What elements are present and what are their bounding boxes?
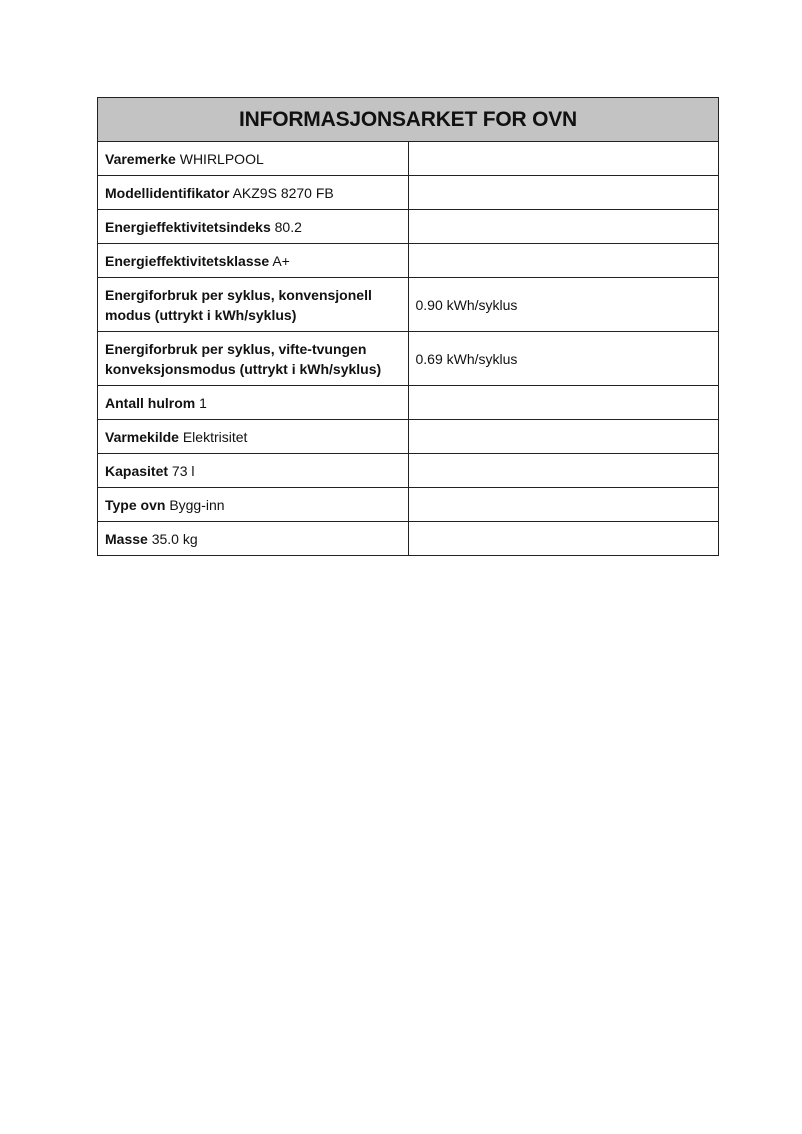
table-row-efficiency-index: Energieffektivitetsindeks 80.2 xyxy=(98,210,719,244)
heat-source-right-cell xyxy=(408,420,719,454)
table-row-cavities: Antall hulrom 1 xyxy=(98,386,719,420)
brand-value: WHIRLPOOL xyxy=(180,151,264,167)
model-cell: Modellidentifikator AKZ9S 8270 FB xyxy=(98,176,409,210)
mass-cell: Masse 35.0 kg xyxy=(98,522,409,556)
capacity-cell: Kapasitet 73 l xyxy=(98,454,409,488)
brand-cell: Varemerke WHIRLPOOL xyxy=(98,142,409,176)
brand-right-cell xyxy=(408,142,719,176)
conventional-consumption-value: 0.90 kWh/syklus xyxy=(408,278,719,332)
table-row-mass: Masse 35.0 kg xyxy=(98,522,719,556)
efficiency-index-right-cell xyxy=(408,210,719,244)
oven-information-sheet-table: INFORMASJONSARKET FOR OVN Varemerke WHIR… xyxy=(97,97,719,556)
conventional-consumption-cell: Energiforbruk per syklus, konvensjonell … xyxy=(98,278,409,332)
heat-source-value: Elektrisitet xyxy=(183,429,248,445)
table-row-conventional-consumption: Energiforbruk per syklus, konvensjonell … xyxy=(98,278,719,332)
conventional-consumption-label: Energiforbruk per syklus, konvensjonell … xyxy=(105,287,372,323)
fan-forced-consumption-cell: Energiforbruk per syklus, vifte-tvungen … xyxy=(98,332,409,386)
oven-type-label: Type ovn xyxy=(105,497,165,513)
sheet-title: INFORMASJONSARKET FOR OVN xyxy=(98,98,719,142)
model-right-cell xyxy=(408,176,719,210)
efficiency-class-right-cell xyxy=(408,244,719,278)
capacity-right-cell xyxy=(408,454,719,488)
heat-source-cell: Varmekilde Elektrisitet xyxy=(98,420,409,454)
table-row-heat-source: Varmekilde Elektrisitet xyxy=(98,420,719,454)
mass-right-cell xyxy=(408,522,719,556)
efficiency-class-label: Energieffektivitetsklasse xyxy=(105,253,269,269)
heat-source-label: Varmekilde xyxy=(105,429,179,445)
fan-forced-consumption-label: Energiforbruk per syklus, vifte-tvungen … xyxy=(105,341,381,377)
efficiency-class-cell: Energieffektivitetsklasse A+ xyxy=(98,244,409,278)
table-row-efficiency-class: Energieffektivitetsklasse A+ xyxy=(98,244,719,278)
model-label: Modellidentifikator xyxy=(105,185,229,201)
mass-value: 35.0 kg xyxy=(152,531,198,547)
table-row-brand: Varemerke WHIRLPOOL xyxy=(98,142,719,176)
efficiency-index-cell: Energieffektivitetsindeks 80.2 xyxy=(98,210,409,244)
model-value: AKZ9S 8270 FB xyxy=(233,185,334,201)
oven-type-right-cell xyxy=(408,488,719,522)
capacity-value: 73 l xyxy=(172,463,195,479)
fan-forced-consumption-value: 0.69 kWh/syklus xyxy=(408,332,719,386)
table-row-oven-type: Type ovn Bygg-inn xyxy=(98,488,719,522)
table-row-capacity: Kapasitet 73 l xyxy=(98,454,719,488)
table-row-model: Modellidentifikator AKZ9S 8270 FB xyxy=(98,176,719,210)
efficiency-index-label: Energieffektivitetsindeks xyxy=(105,219,271,235)
header-row: INFORMASJONSARKET FOR OVN xyxy=(98,98,719,142)
table-row-fan-forced-consumption: Energiforbruk per syklus, vifte-tvungen … xyxy=(98,332,719,386)
oven-type-cell: Type ovn Bygg-inn xyxy=(98,488,409,522)
brand-label: Varemerke xyxy=(105,151,176,167)
cavities-label: Antall hulrom xyxy=(105,395,195,411)
mass-label: Masse xyxy=(105,531,148,547)
capacity-label: Kapasitet xyxy=(105,463,168,479)
efficiency-index-value: 80.2 xyxy=(275,219,302,235)
oven-type-value: Bygg-inn xyxy=(169,497,224,513)
cavities-cell: Antall hulrom 1 xyxy=(98,386,409,420)
efficiency-class-value: A+ xyxy=(272,253,290,269)
cavities-value: 1 xyxy=(199,395,207,411)
cavities-right-cell xyxy=(408,386,719,420)
